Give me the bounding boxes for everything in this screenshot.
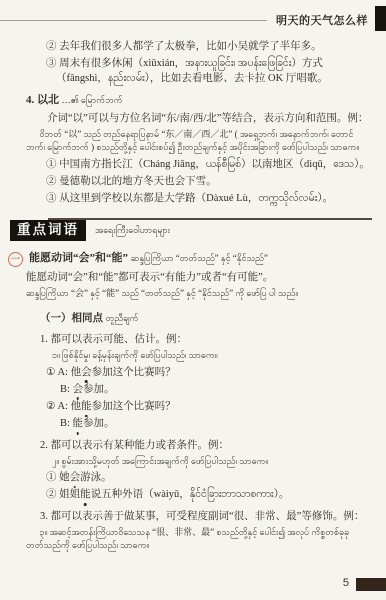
modal-verbs-title-burmese: ဆန္ဒပြကြိယာ “တတ်သည်” နှင့် “နိုင်သည်”: [131, 253, 268, 263]
page-body: ② 去年我们很多人都学了太极拳，比如小吴就学了半年多。 ③ 周末有很多休闲（xi…: [0, 30, 386, 553]
header-rule: [0, 20, 267, 21]
rule-1-example-2-answer: B: 能参加。: [60, 416, 372, 431]
rule-2-cn: 2. 都可以表示有某种能力或者条件。例：: [40, 438, 372, 453]
grammar-point-4-explanation-burmese: ဝိဘတ် “以” သည် တည်နေရာပြနာမ် “东／南／西／北” ( …: [26, 128, 372, 155]
modal-verbs-topic: 一 能愿动词“会”和“能” ဆန္ဒပြကြိယာ “တတ်သည်” နှင့်…: [8, 251, 372, 267]
page-number: 5: [343, 577, 349, 589]
rule-1-example-1-question: ① A: 他会参加这个比赛吗？: [46, 365, 372, 380]
intro-example-3: ③ 周末有很多休闲（xiūxián，အနားယူခြင်း၊ အပန်းဖြေခ…: [46, 56, 372, 86]
rule-1-cn: 1. 都可以表示可能、估计。例：: [40, 332, 372, 347]
grammar-point-4-title: 4. 以北 …၏ မြောက်ဘက်: [26, 93, 372, 109]
rule-3-burmese: ၃။ အဆင့်အတန်းကြိယာဝိသေသန “很、非常、最” စသည်တိ…: [26, 526, 372, 553]
key-words-section-header: 重点词语 အရေးကြီးဝေါဟာရများ: [26, 218, 372, 241]
emphasized-hui: 会: [81, 365, 92, 380]
section-title-badge: 重点词语: [10, 220, 86, 241]
emphasized-hui: 会: [70, 470, 81, 485]
footer-edge-bar: [356, 578, 386, 591]
grammar-point-4-label-burmese: …၏ မြောက်ဘက်: [62, 95, 123, 105]
grammar-point-4-example-1: ① 中国南方指长江（Cháng Jiāng，ယန်စီမြစ်）以南地区（dìq…: [46, 157, 372, 172]
modal-verbs-intro-cn: 能愿动词“会”和“能”都可表示“有能力”或者“有可能”。: [26, 270, 372, 285]
emphasized-hui: 会: [73, 382, 84, 397]
grammar-point-4-example-3: ③ 从这里到学校以东都是大学路（Dàxué Lù，တက္ကသိုလ်လမ်း）。: [46, 191, 372, 206]
modal-verbs-title-cn: 能愿动词“会”和“能”: [29, 252, 128, 264]
rule-2-burmese: ၂။ စွမ်းအားသို့မဟုတ် အကြောင်းအချက်ကို ဖေ…: [52, 455, 372, 469]
chapter-tab-marker: [375, 6, 386, 31]
rule-1-burmese: ၁။ ဖြစ်နိုင်မှု၊ ခန့်မှန်းချက်ကို ဖော်ပြ…: [52, 349, 372, 363]
intro-example-2: ② 去年我们很多人都学了太极拳，比如小吴就学了半年多。: [46, 39, 372, 54]
rule-2-example-2: ② 姐姐能说五种外语（wàiyǔ，နိုင်ငံခြားဘာသာစကား）。: [46, 487, 372, 502]
section-title-burmese: အရေးကြီးဝေါဟာရများ: [95, 224, 170, 238]
textbook-page: 明天的天气怎么样 ② 去年我们很多人都学了太极拳，比如小吴就学了半年多。 ③ 周…: [0, 0, 386, 600]
rule-2-example-1: ① 她会游泳。: [46, 470, 372, 485]
emphasized-neng: 能: [73, 416, 84, 431]
same-points-heading-cn: （一）相同点: [40, 313, 103, 324]
grammar-point-4-example-2: ② 曼德勒以北的地方冬天也会下雪。: [46, 174, 372, 189]
page-header: 明天的天气怎么样: [0, 10, 386, 30]
grammar-point-4-explanation-cn: 介词“以”可以与方位名词“东/南/西/北”等结合，表示方向和范围。例：: [26, 111, 372, 126]
running-head-title: 明天的天气怎么样: [276, 12, 368, 28]
circled-one-icon: 一: [8, 252, 23, 267]
emphasized-neng: 能: [81, 399, 92, 414]
rule-1-example-1-answer: B: 会参加。: [60, 382, 372, 397]
emphasized-neng: 能: [80, 487, 91, 502]
rule-3-cn: 3. 都可以表示善于做某事，可受程度副词“很、非常、最”等修饰。例：: [40, 509, 372, 524]
same-points-heading: （一）相同点 တူညီချက်: [40, 311, 372, 326]
rule-1-example-2-question: ② A: 他能参加这个比赛吗？: [46, 399, 372, 414]
grammar-point-4-label: 4. 以北: [26, 94, 59, 106]
modal-verbs-title: 能愿动词“会”和“能” ဆန္ဒပြကြိယာ “တတ်သည်” နှင့် “…: [29, 251, 268, 267]
same-points-heading-burmese: တူညီချက်: [106, 313, 139, 323]
modal-verbs-intro-burmese: ဆန္ဒပြကြိယာ “会” နှင့် “能” သည် “တတ်သည်” န…: [26, 287, 372, 301]
